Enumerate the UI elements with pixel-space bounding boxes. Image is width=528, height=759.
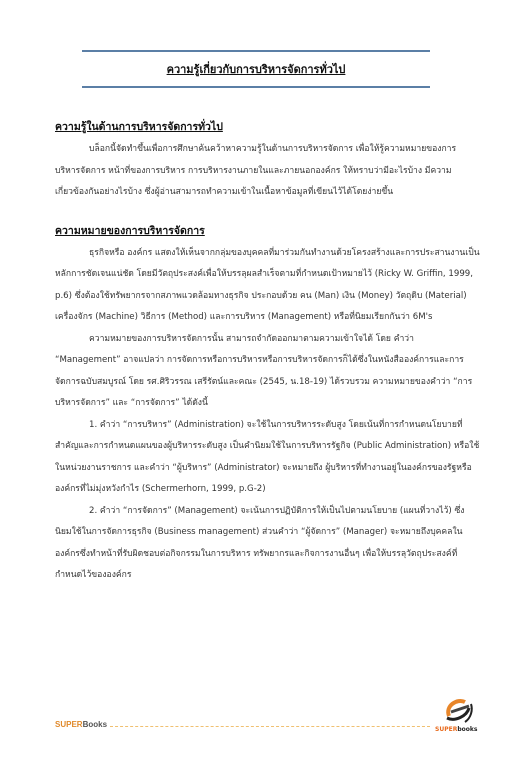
superbooks-logo-icon: SUPERbooks <box>435 696 481 736</box>
paragraph-management-meaning: ความหมายของการบริหารจัดการนั้น สามารถจำก… <box>55 329 480 415</box>
footer-brand: SUPERBooks <box>55 720 107 729</box>
logo-books: books <box>457 726 477 733</box>
paragraph-management: 2. คำว่า “การจัดการ” (Management) จะเน้น… <box>55 501 480 587</box>
footer-dashed-rule <box>110 726 430 727</box>
logo-super: SUPER <box>435 726 457 733</box>
swirl-icon <box>435 696 481 728</box>
brand-books: Books <box>83 720 107 729</box>
paragraph-administration: 1. คำว่า “การบริหาร” (Administration) จะ… <box>55 415 480 501</box>
brand-super: SUPER <box>55 720 83 729</box>
page-footer: SUPERBooks SUPERbooks <box>55 696 475 736</box>
paragraph-business: ธุรกิจหรือ องค์กร แสดงให้เห็นจากกลุ่มของ… <box>55 243 480 329</box>
document-body: ความรู้ในด้านการบริหารจัดการทั่วไป บล็อก… <box>55 118 480 587</box>
logo-wordmark: SUPERbooks <box>435 726 477 733</box>
page-title: ความรู้เกี่ยวกับการบริหารจัดการทั่วไป <box>167 60 346 78</box>
section-heading-general: ความรู้ในด้านการบริหารจัดการทั่วไป <box>55 118 480 136</box>
section-heading-meaning: ความหมายของการบริหารจัดการ <box>55 222 480 240</box>
spacer <box>55 204 480 222</box>
title-box: ความรู้เกี่ยวกับการบริหารจัดการทั่วไป <box>82 50 430 88</box>
paragraph-intro: บล็อกนี้จัดทำขึ้นเพื่อการศึกษาค้นคว้าหาค… <box>55 139 480 204</box>
